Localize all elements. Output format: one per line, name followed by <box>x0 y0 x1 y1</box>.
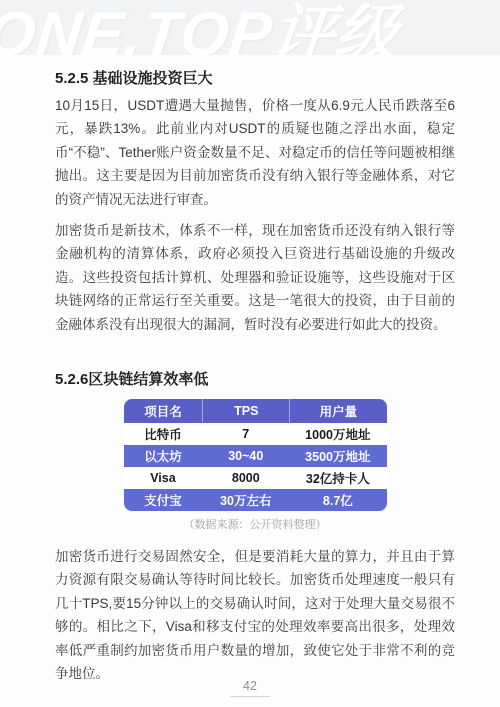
paragraph-usdt-selloff: 10月15日，USDT遭遇大量抛售，价格一度从6.9元人民币跌落至6元，暴跌13… <box>55 94 455 211</box>
section-heading-5-2-5: 5.2.5 基础设施投资巨大 <box>55 67 455 88</box>
cell-tps: 8000 <box>202 467 289 489</box>
cell-users: 32亿持卡人 <box>289 467 386 489</box>
tps-comparison-table-wrap: 项目名 TPS 用户量 比特币 7 1000万地址 以太坊 30~40 3500… <box>124 399 387 532</box>
cell-tps: 30万左右 <box>202 489 289 511</box>
table-row-visa: Visa 8000 32亿持卡人 <box>124 467 387 489</box>
tps-comparison-table: 项目名 TPS 用户量 比特币 7 1000万地址 以太坊 30~40 3500… <box>124 399 387 511</box>
page-number: 42 <box>230 679 270 697</box>
watermark-band: ONE.TOP评级 <box>0 0 500 55</box>
cell-users: 8.7亿 <box>289 489 386 511</box>
table-row-bitcoin: 比特币 7 1000万地址 <box>124 423 387 445</box>
paragraph-infrastructure-investment: 加密货币是新技术，体系不一样，现在加密货币还没有纳入银行等金融机构的清算体系，政… <box>55 219 455 336</box>
table-header-row: 项目名 TPS 用户量 <box>124 399 387 423</box>
cell-tps: 7 <box>202 423 289 445</box>
table-header-users: 用户量 <box>289 399 386 423</box>
cell-users: 3500万地址 <box>289 445 386 467</box>
table-row-ethereum: 以太坊 30~40 3500万地址 <box>124 445 387 467</box>
paragraph-settlement-efficiency: 加密货币进行交易固然安全，但是要消耗大量的算力，并且由于算力资源有限交易确认等待… <box>55 545 455 685</box>
page-content: 5.2.5 基础设施投资巨大 10月15日，USDT遭遇大量抛售，价格一度从6.… <box>0 67 500 686</box>
brand-watermark: ONE.TOP评级 <box>0 0 404 55</box>
cell-users: 1000万地址 <box>289 423 386 445</box>
cell-project: 支付宝 <box>124 489 203 511</box>
table-header-tps: TPS <box>202 399 289 423</box>
document-page: ONE.TOP评级 5.2.5 基础设施投资巨大 10月15日，USDT遭遇大量… <box>0 0 500 707</box>
page-footer: 42 <box>0 677 500 697</box>
table-source-caption: （数据来源：公开资料整理） <box>124 516 387 532</box>
section-heading-5-2-6: 5.2.6区块链结算效率低 <box>55 368 455 389</box>
cell-tps: 30~40 <box>202 445 289 467</box>
table-header-project: 项目名 <box>124 399 203 423</box>
cell-project: Visa <box>124 467 203 489</box>
cell-project: 以太坊 <box>124 445 203 467</box>
table-row-alipay: 支付宝 30万左右 8.7亿 <box>124 489 387 511</box>
cell-project: 比特币 <box>124 423 203 445</box>
